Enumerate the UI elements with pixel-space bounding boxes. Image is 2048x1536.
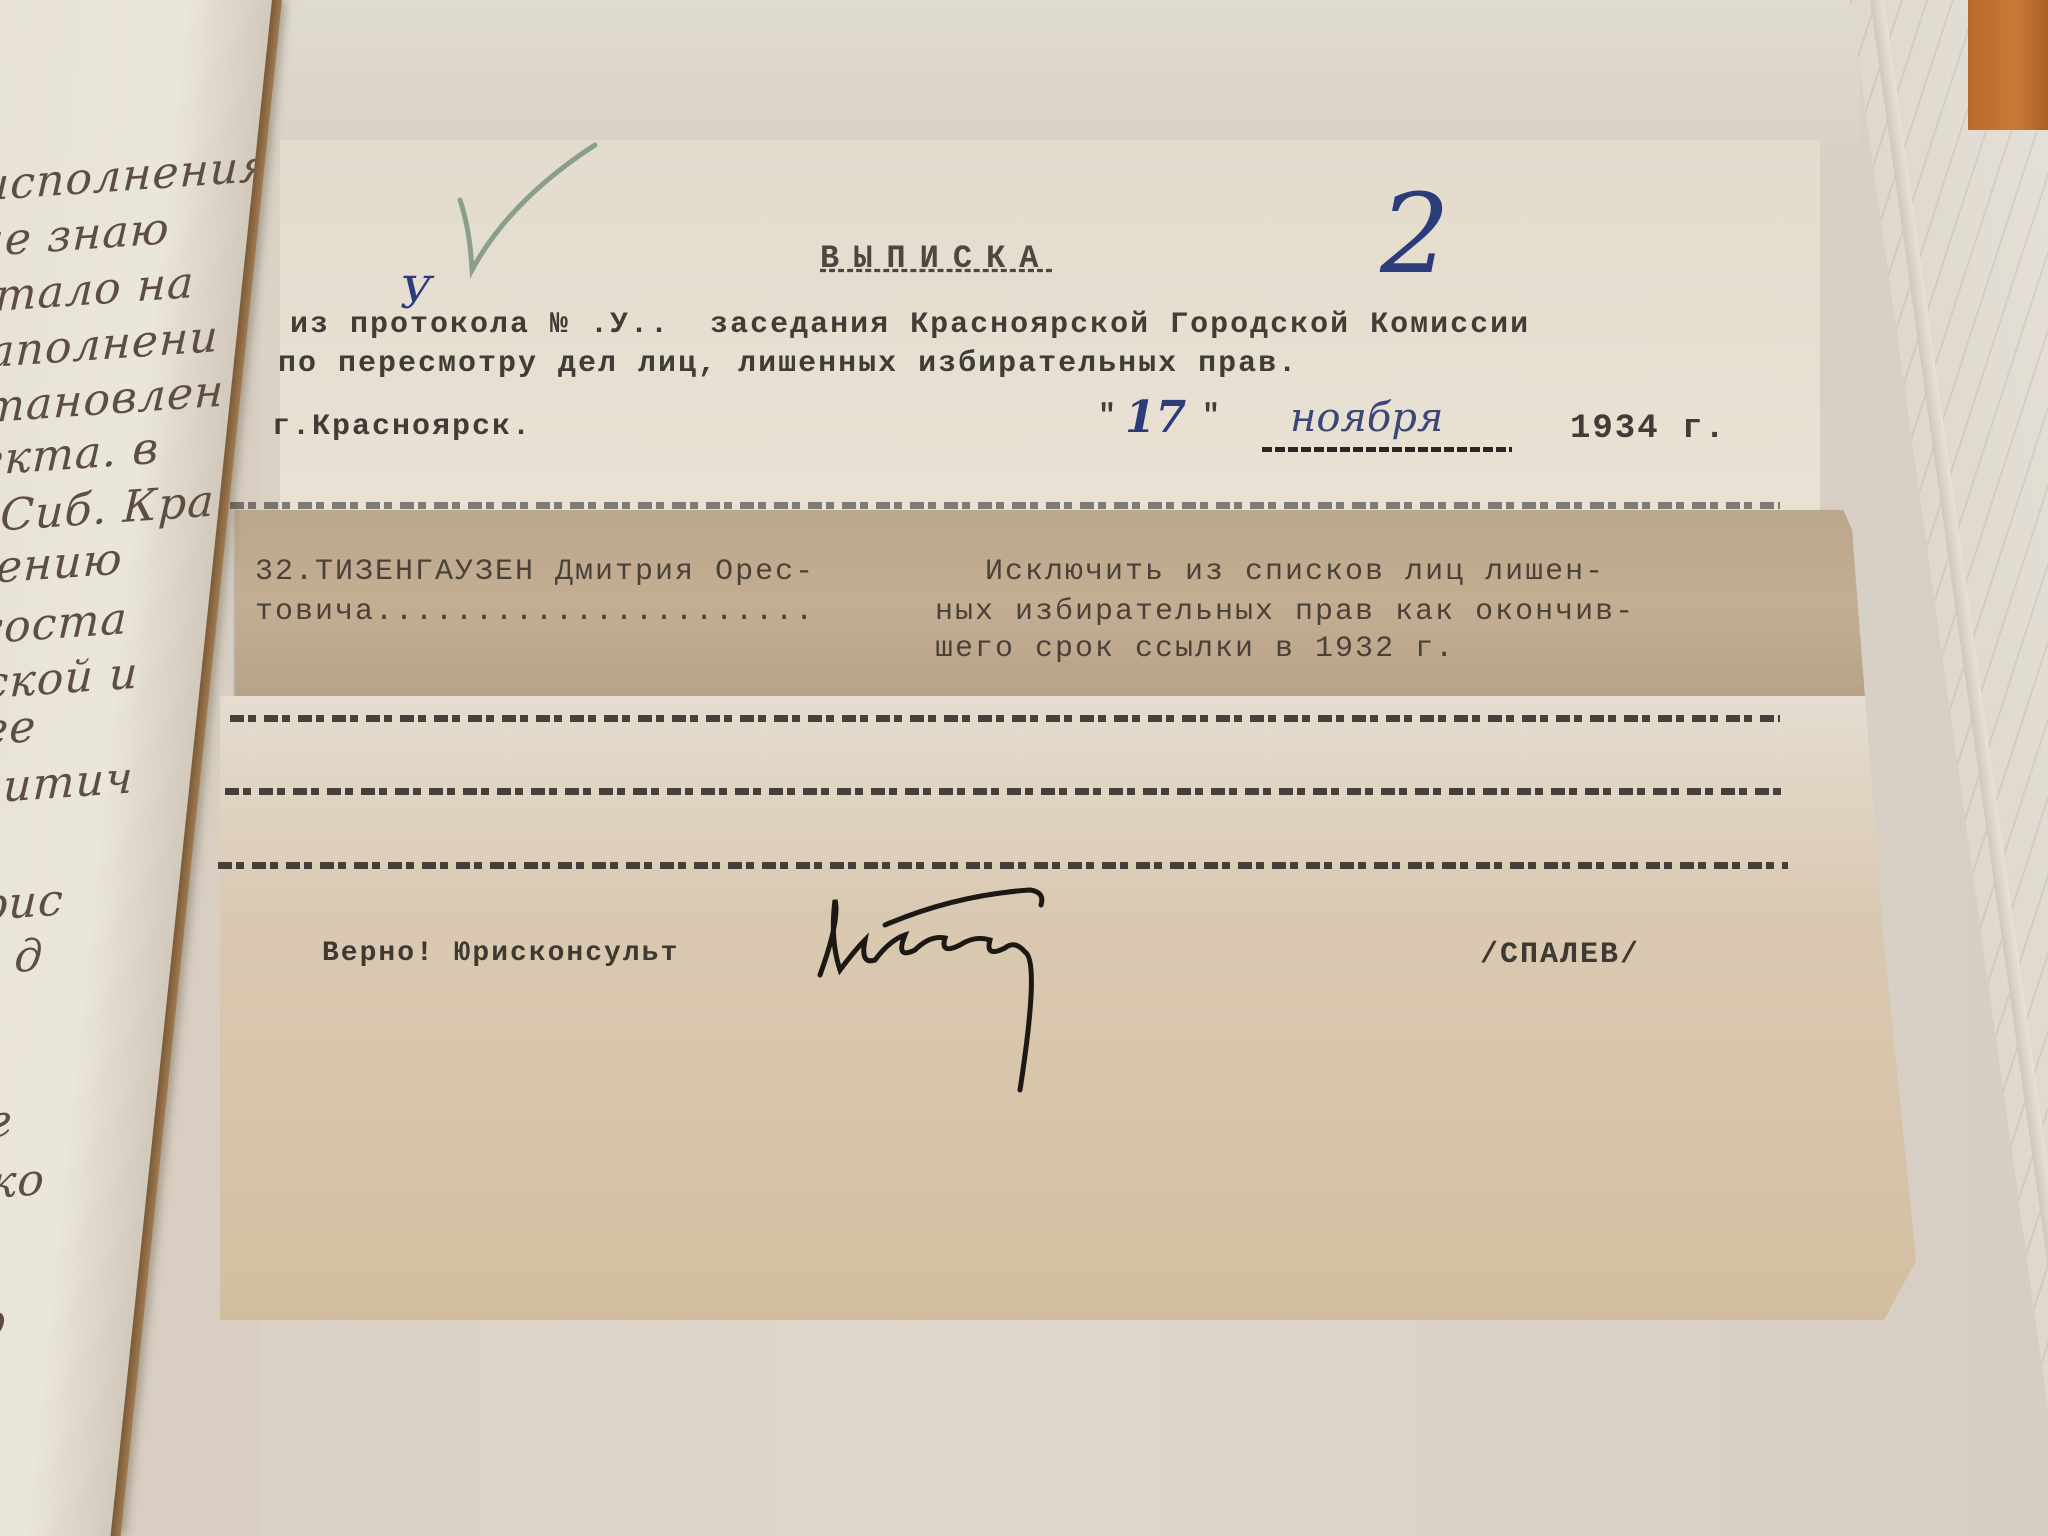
protocol-number-handwritten: У	[400, 268, 432, 319]
handwritten-line: и соста	[0, 593, 129, 657]
handwritten-line: политич	[0, 753, 134, 819]
handwritten-line: стало на	[0, 257, 195, 324]
handwritten-line: я прис	[0, 875, 65, 937]
date-day-handwritten: 17	[1125, 392, 1186, 443]
handwritten-line: становлен	[0, 366, 225, 435]
document-title: ВЫПИСКА	[820, 240, 1052, 277]
handwritten-line: Гирар	[0, 1295, 7, 1356]
handwritten-line: шно д	[0, 930, 44, 991]
entry-decision-line-2: ных избирательных прав как окончив-	[935, 595, 1635, 629]
entry-name-line-1: 32.ТИЗЕНГАУЗЕН Дмитрия Орес-	[255, 555, 815, 589]
dashed-divider-top	[230, 502, 1780, 509]
handwritten-line: секта. в	[0, 423, 160, 488]
dashed-divider-1	[230, 715, 1780, 722]
handwritten-line: исполнения,	[0, 140, 280, 212]
folder-shadow	[260, 0, 1860, 150]
dashed-divider-2	[225, 788, 1785, 795]
date-quote-open: "	[1098, 400, 1118, 434]
header-line-1: из протокола № .У.. заседания Красноярск…	[290, 308, 1530, 342]
page-number-handwritten: 2	[1380, 170, 1450, 298]
handwritten-line: вприко	[0, 1154, 46, 1217]
checkmark-icon	[450, 140, 600, 280]
entry-decision-line-1: Исключить из списков лиц лишен-	[985, 555, 1605, 589]
wooden-table	[1968, 0, 2048, 130]
torn-edge	[220, 1306, 1940, 1320]
entry-decision-line-3: шего срок ссылки в 1932 г.	[935, 632, 1455, 666]
handwritten-line: не знаю	[0, 203, 171, 267]
dashed-divider-3	[218, 862, 1788, 869]
certification-label: Верно! Юрисконсульт	[322, 938, 679, 969]
header-line-2: по пересмотру дел лиц, лишенных избирате…	[278, 347, 1298, 381]
date-month-handwritten: ноября	[1290, 395, 1443, 441]
handwritten-line: совуг	[0, 1096, 12, 1156]
date-underline	[1262, 447, 1512, 452]
handwritten-line: влению	[0, 534, 124, 598]
date-quote-close: "	[1202, 400, 1222, 434]
signatory-name: /СПАЛЕВ/	[1480, 938, 1640, 972]
entry-name-line-2: товича......................	[255, 595, 815, 629]
photo-scene: ВЫПИСКА 2 из протокола № .У.. заседания …	[0, 0, 2048, 1536]
handwritten-line: днее	[0, 701, 37, 760]
signature-icon	[815, 880, 1125, 1100]
city-line: г.Красноярск.	[272, 410, 532, 444]
date-year: 1934 г.	[1570, 410, 1727, 448]
